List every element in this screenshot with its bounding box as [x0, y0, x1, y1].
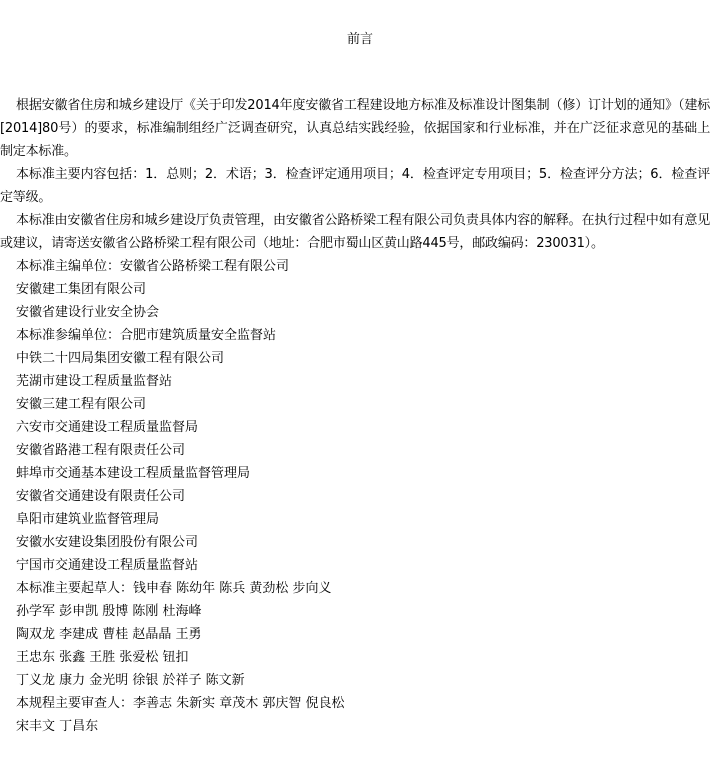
- participating-unit: 本标准参编单位：合肥市建筑质量安全监督站: [0, 324, 710, 347]
- participating-unit: 安徽三建工程有限公司: [0, 393, 710, 416]
- participating-unit: 蚌埠市交通基本建设工程质量监督管理局: [0, 462, 710, 485]
- participating-unit: 中铁二十四局集团安徽工程有限公司: [0, 347, 710, 370]
- participating-unit: 芜湖市建设工程质量监督站: [0, 370, 710, 393]
- drafters-line: 丁义龙 康力 金光明 徐银 於祥子 陈文新: [0, 669, 710, 692]
- participating-unit: 安徽省路港工程有限责任公司: [0, 439, 710, 462]
- reviewers-line: 宋丰文 丁昌东: [0, 715, 710, 738]
- paragraph-contents: 本标准主要内容包括：1．总则；2．术语；3．检查评定通用项目；4．检查评定专用项…: [0, 163, 710, 209]
- chief-editor-unit: 本标准主编单位：安徽省公路桥梁工程有限公司: [0, 255, 710, 278]
- drafters-line: 王忠东 张鑫 王胜 张爱松 钮扣: [0, 646, 710, 669]
- paragraph-basis: 根据安徽省住房和城乡建设厅《关于印发2014年度安徽省工程建设地方标准及标准设计…: [0, 94, 710, 163]
- reviewers-line: 本规程主要审查人：李善志 朱新实 章茂木 郭庆智 倪良松: [0, 692, 710, 715]
- drafters-line: 本标准主要起草人：钱申春 陈幼年 陈兵 黄劲松 步向义: [0, 577, 710, 600]
- document-body: 根据安徽省住房和城乡建设厅《关于印发2014年度安徽省工程建设地方标准及标准设计…: [0, 94, 710, 738]
- participating-unit: 阜阳市建筑业监督管理局: [0, 508, 710, 531]
- document-page: 前言 根据安徽省住房和城乡建设厅《关于印发2014年度安徽省工程建设地方标准及标…: [0, 0, 720, 784]
- drafters-line: 陶双龙 李建成 曹桂 赵晶晶 王勇: [0, 623, 710, 646]
- drafters-line: 孙学军 彭申凯 殷博 陈刚 杜海峰: [0, 600, 710, 623]
- chief-editor-unit: 安徽建工集团有限公司: [0, 278, 710, 301]
- paragraph-management: 本标准由安徽省住房和城乡建设厅负责管理，由安徽省公路桥梁工程有限公司负责具体内容…: [0, 209, 710, 255]
- page-title: 前言: [0, 30, 720, 50]
- participating-unit: 宁国市交通建设工程质量监督站: [0, 554, 710, 577]
- participating-unit: 六安市交通建设工程质量监督局: [0, 416, 710, 439]
- participating-unit: 安徽省交通建设有限责任公司: [0, 485, 710, 508]
- participating-unit: 安徽水安建设集团股份有限公司: [0, 531, 710, 554]
- chief-editor-unit: 安徽省建设行业安全协会: [0, 301, 710, 324]
